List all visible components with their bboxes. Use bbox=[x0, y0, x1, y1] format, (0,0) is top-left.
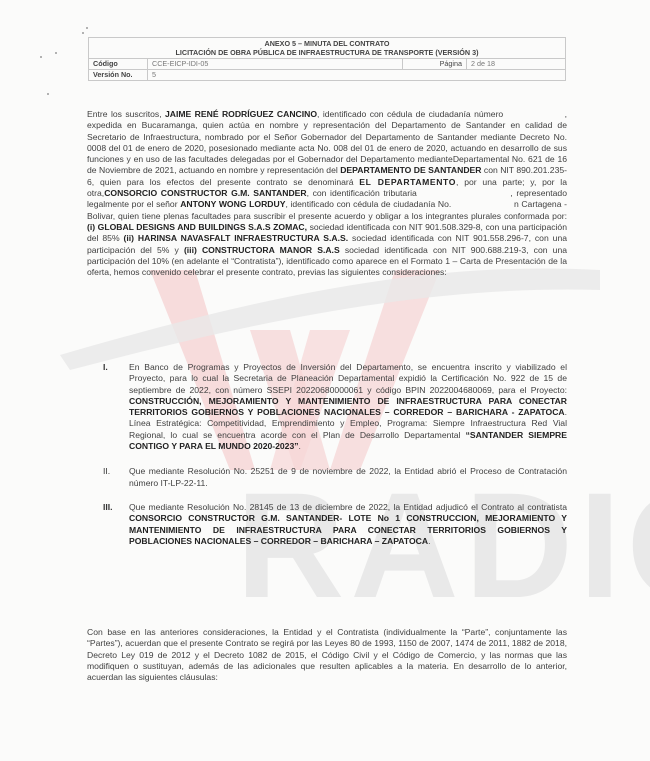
considerations-list: I. En Banco de Programas y Proyectos de … bbox=[87, 362, 567, 559]
consideration-text: . bbox=[428, 536, 430, 546]
closing-paragraph: Con base en las anteriores consideracion… bbox=[87, 627, 567, 683]
signatory-name: JAIME RENÉ RODRÍGUEZ CANCINO bbox=[165, 109, 317, 119]
consideration-text: Que mediante Resolución No. 25251 de 9 d… bbox=[129, 466, 567, 487]
intro-text: , con identificación tributaria bbox=[307, 188, 421, 198]
scan-speck bbox=[47, 93, 49, 95]
member-3: (iii) CONSTRUCTORA MANOR S.A.S bbox=[184, 245, 340, 255]
document-header-table: ANEXO 5 – MINUTA DEL CONTRATO LICITACIÓN… bbox=[88, 37, 566, 81]
version-value: 5 bbox=[148, 70, 566, 81]
intro-text: Entre los suscritos, bbox=[87, 109, 165, 119]
intro-text: , identificado con cédula de ciudadanía … bbox=[317, 109, 507, 119]
codigo-value: CCE-EICP-IDI-05 bbox=[148, 59, 403, 70]
legal-representative-name: ANTONY WONG LORDUY bbox=[180, 199, 285, 209]
scan-speck bbox=[55, 52, 57, 54]
department-name: DEPARTAMENTO DE SANTANDER bbox=[340, 165, 481, 175]
project-name: CONSTRUCCIÓN, MEJORAMIENTO Y MANTENIMIEN… bbox=[129, 396, 567, 417]
awarded-contractor: CONSORCIO CONSTRUCTOR G.M. SANTANDER- LO… bbox=[129, 513, 567, 546]
scanned-document-page: RADIO ANEXO 5 – MINUTA DEL CONTRATO LICI… bbox=[0, 0, 650, 761]
header-title-line1: ANEXO 5 – MINUTA DEL CONTRATO bbox=[93, 39, 561, 48]
consideration-item: III. Que mediante Resolución No. 28145 d… bbox=[87, 502, 567, 547]
pagina-value: 2 de 18 bbox=[467, 59, 566, 70]
header-title-line2: LICITACIÓN DE OBRA PÚBLICA DE INFRAESTRU… bbox=[93, 48, 561, 57]
el-departamento: EL DEPARTAMENTO bbox=[359, 177, 456, 187]
consideration-item: II. Que mediante Resolución No. 25251 de… bbox=[87, 466, 567, 489]
consideration-text: Que mediante Resolución No. 28145 de 13 … bbox=[129, 502, 567, 512]
consortium-name: CONSORCIO CONSTRUCTOR G.M. SANTANDER bbox=[104, 188, 306, 198]
codigo-label: Código bbox=[89, 59, 148, 70]
consideration-text: . bbox=[299, 441, 301, 451]
scan-speck bbox=[82, 32, 84, 34]
roman-numeral: I. bbox=[103, 362, 108, 373]
roman-numeral: III. bbox=[103, 502, 113, 513]
intro-paragraph: Entre los suscritos, JAIME RENÉ RODRÍGUE… bbox=[87, 109, 567, 278]
consideration-item: I. En Banco de Programas y Proyectos de … bbox=[87, 362, 567, 452]
header-title: ANEXO 5 – MINUTA DEL CONTRATO LICITACIÓN… bbox=[89, 38, 566, 59]
member-2: (ii) HARINSA NAVASFALT INFRAESTRUCTURA S… bbox=[124, 233, 349, 243]
intro-text: , identificado con cédula de ciudadanía … bbox=[285, 199, 454, 209]
pagina-label: Página bbox=[403, 59, 467, 70]
member-1: (i) GLOBAL DESIGNS AND BUILDINGS S.A.S Z… bbox=[87, 222, 307, 232]
scan-speck bbox=[40, 56, 42, 58]
version-label: Versión No. bbox=[89, 70, 148, 81]
roman-numeral: II. bbox=[103, 466, 110, 477]
scan-speck bbox=[86, 27, 88, 29]
consideration-text: En Banco de Programas y Proyectos de Inv… bbox=[129, 362, 567, 395]
